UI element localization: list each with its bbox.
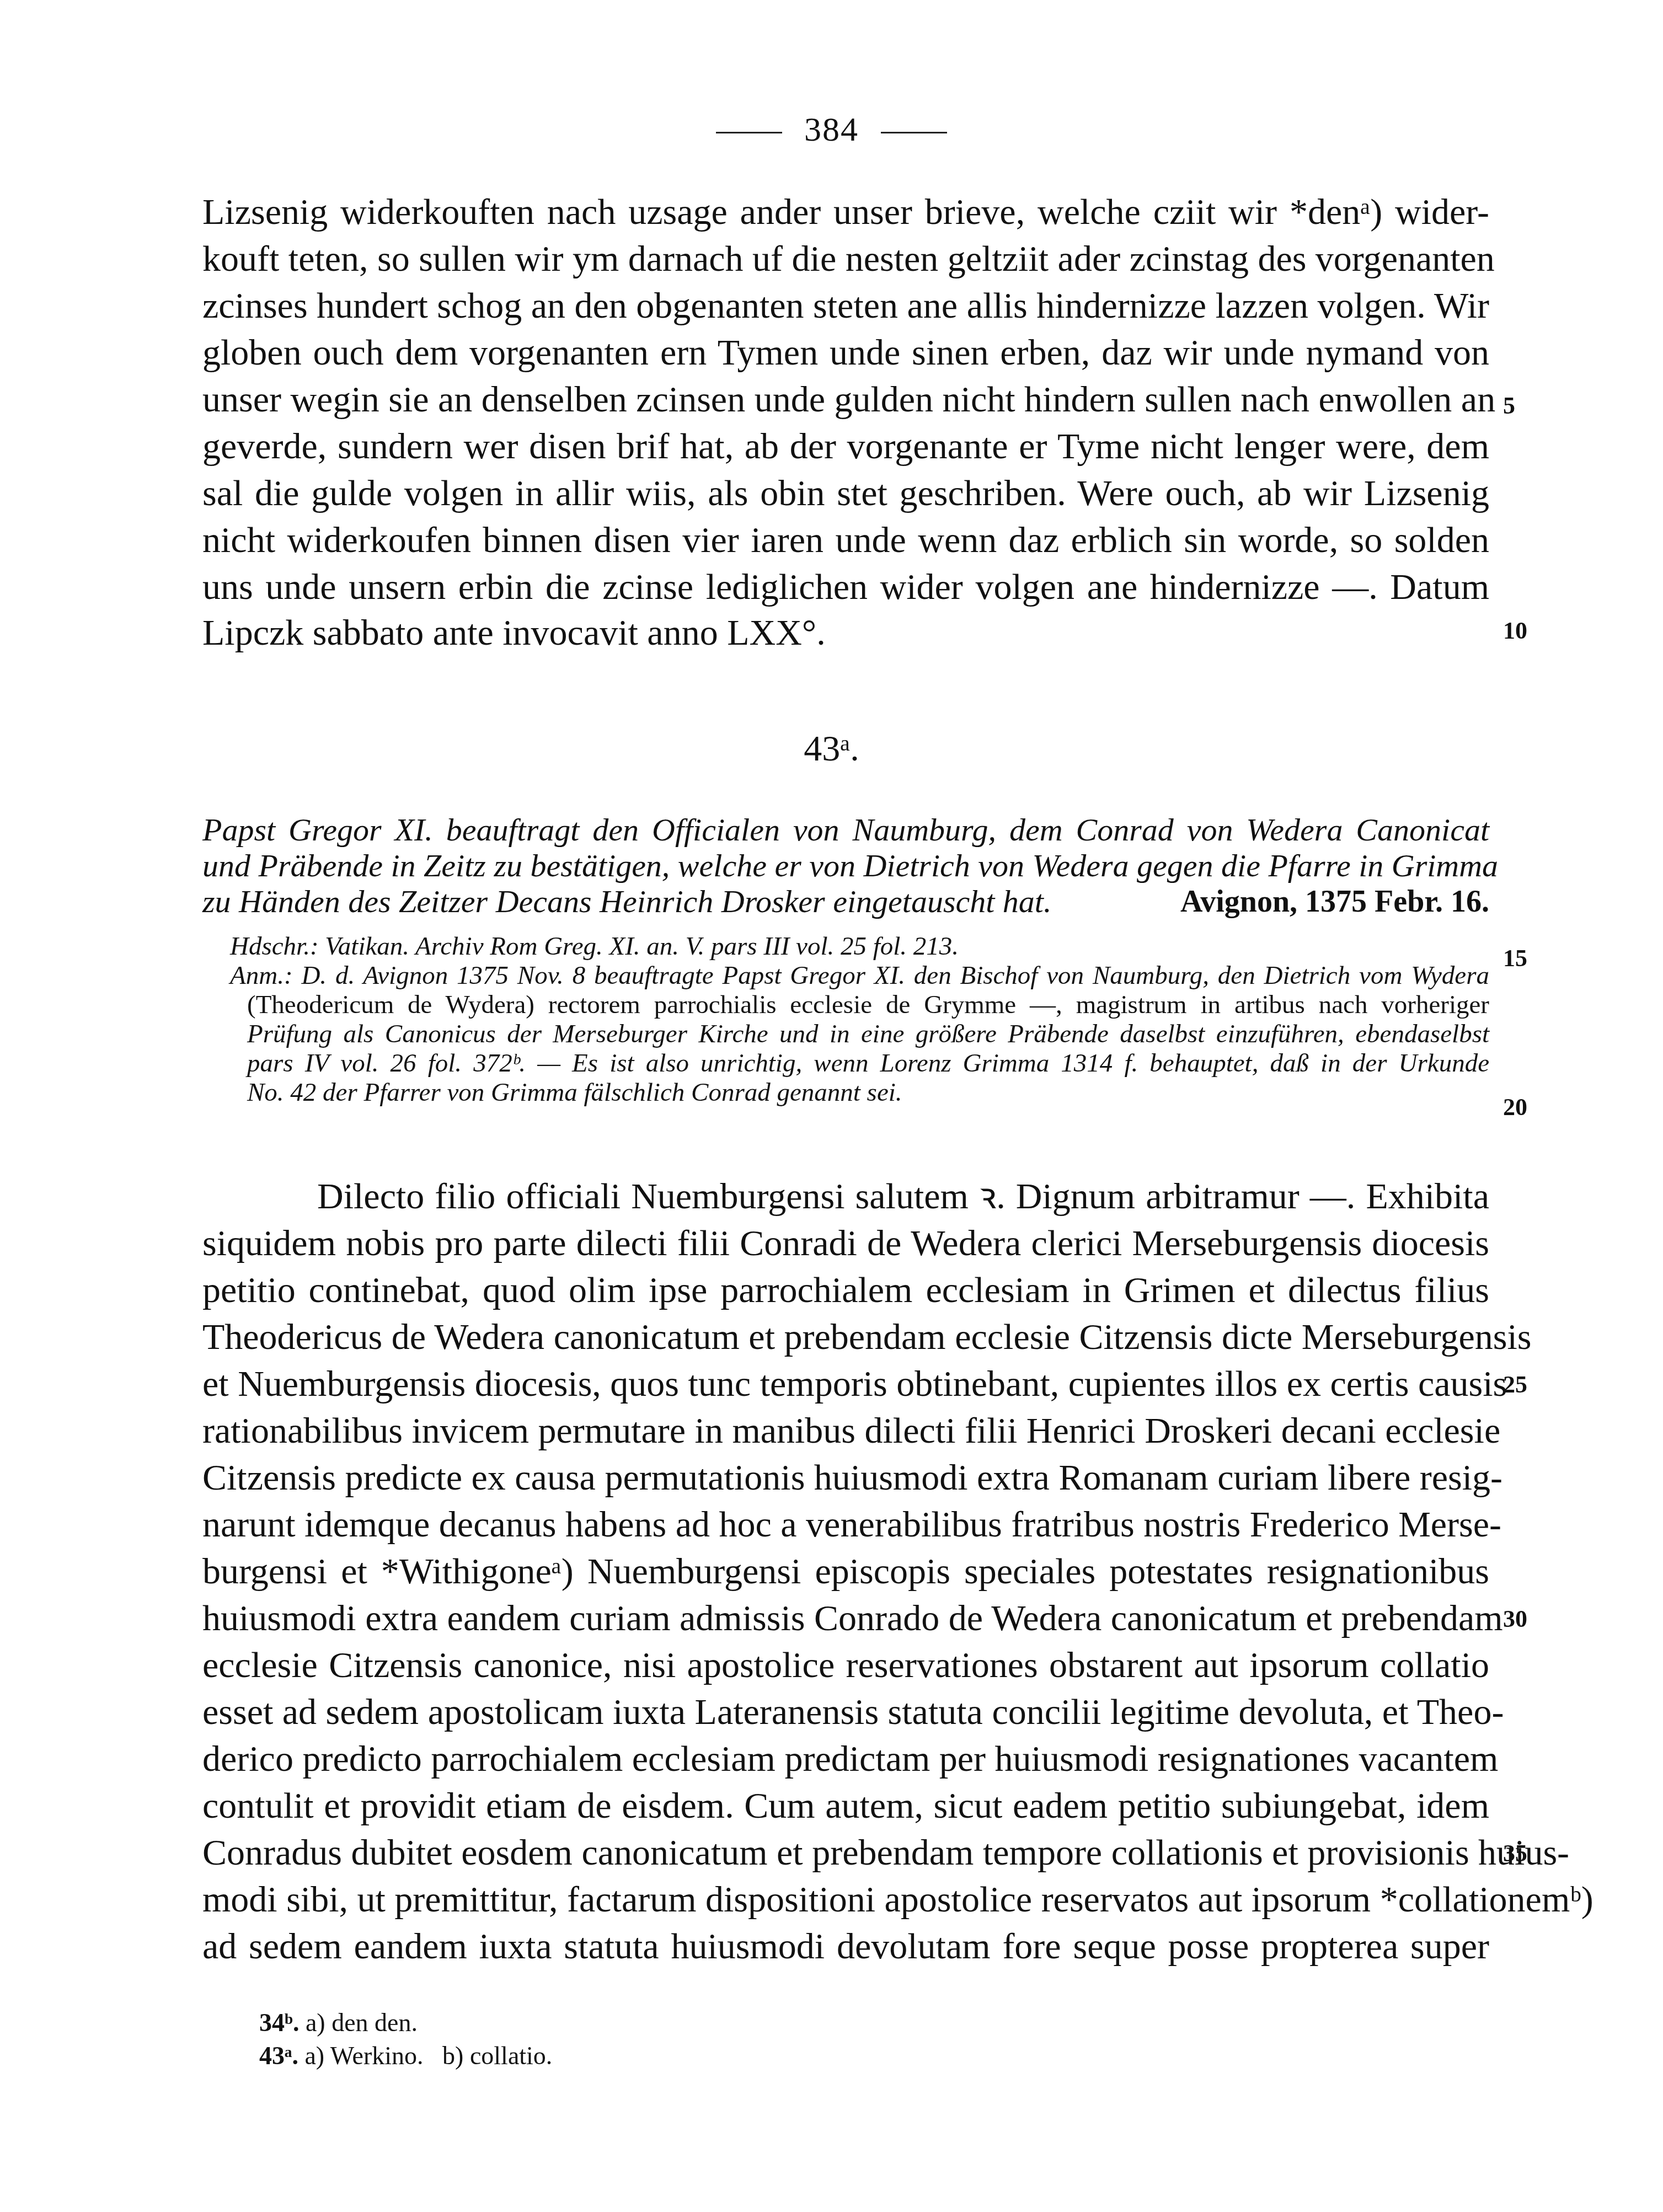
- body-line: et Nuemburgensis diocesis, quos tunc tem…: [202, 1362, 1489, 1406]
- body-line: burgensi et *Withigoneᵃ) Nuemburgensi ep…: [202, 1550, 1489, 1594]
- footnote-ref: 34ᵇ.: [259, 2009, 299, 2037]
- summary-line: zu Händen des Zeitzer Decans Heinrich Dr…: [202, 880, 1140, 924]
- body-line: contulit et providit etiam de eisdem. Cu…: [202, 1784, 1489, 1828]
- note-line: (Theodericum de Wydera) rectorem parroch…: [247, 990, 1489, 1019]
- text-line: globen ouch dem vorgenanten ern Tymen un…: [202, 331, 1489, 375]
- line-number: 25: [1503, 1370, 1527, 1399]
- body-line: modi sibi, ut premittitur, factarum disp…: [202, 1878, 1489, 1922]
- text-line: Lizsenig widerkouften nach uzsage ander …: [202, 190, 1489, 234]
- line-number: 20: [1503, 1093, 1527, 1121]
- text-line: zcinses hundert schog an den obgenanten …: [202, 284, 1489, 328]
- footnote-text: a) Werkino. b) collatio.: [304, 2042, 552, 2070]
- body-line: rationabilibus invicem permutare in mani…: [202, 1409, 1489, 1453]
- note-line: Anm.: D. d. Avignon 1375 Nov. 8 beauftra…: [230, 961, 1489, 990]
- body-line: Citzensis predicte ex causa permutationi…: [202, 1456, 1489, 1500]
- text-line: nicht widerkoufen binnen disen vier iare…: [202, 518, 1489, 563]
- body-line: Theodericus de Wedera canonicatum et pre…: [202, 1315, 1489, 1359]
- footnote: 43ᵃ. a) Werkino. b) collatio.: [259, 2040, 552, 2071]
- text-line: uns unde unsern erbin die zcinse ledigli…: [202, 565, 1489, 609]
- body-line: narunt idemque decanus habens ad hoc a v…: [202, 1503, 1489, 1547]
- line-number: 35: [1503, 1839, 1527, 1867]
- body-line: ecclesie Citzensis canonice, nisi aposto…: [202, 1643, 1489, 1688]
- text-line: Lipczk sabbato ante invocavit anno LXX°.: [202, 611, 1489, 655]
- line-number: 5: [1503, 392, 1515, 420]
- note-line: No. 42 der Pfarrer von Grimma fälschlich…: [247, 1078, 1489, 1107]
- footnote-text: a) den den.: [306, 2009, 418, 2037]
- body-line: siquidem nobis pro parte dilecti filii C…: [202, 1222, 1489, 1266]
- header-rule-left: [716, 132, 782, 133]
- line-number: 30: [1503, 1605, 1527, 1633]
- note-line: pars IV vol. 26 fol. 372ᵇ. — Es ist also…: [247, 1049, 1489, 1078]
- text-line: sal die gulde volgen in allir wiis, als …: [202, 472, 1489, 516]
- text-line: unser wegin sie an denselben zcinsen und…: [202, 378, 1489, 422]
- line-number: 10: [1503, 617, 1527, 645]
- body-line: derico predicto parrochialem ecclesiam p…: [202, 1737, 1489, 1781]
- footnote: 34ᵇ. a) den den.: [259, 2007, 418, 2038]
- body-line: Conradus dubitet eosdem canonicatum et p…: [202, 1831, 1489, 1875]
- footnote-ref: 43ᵃ.: [259, 2042, 298, 2070]
- header-rule-right: [881, 132, 947, 133]
- page-header: 384: [0, 110, 1663, 149]
- text-line: geverde, sundern wer disen brif hat, ab …: [202, 425, 1489, 469]
- body-line: ad sedem eandem iuxta statuta huiusmodi …: [202, 1925, 1489, 1969]
- body-line: petitio continebat, quod olim ipse parro…: [202, 1268, 1489, 1313]
- body-line: Dilecto filio officiali Nuemburgensi sal…: [317, 1175, 1489, 1219]
- entry-number: 43ᵃ.: [0, 728, 1663, 770]
- page-number: 384: [804, 111, 859, 148]
- note-line: Hdschr.: Vatikan. Archiv Rom Greg. XI. a…: [230, 932, 1489, 961]
- entry-date: Avignon, 1375 Febr. 16.: [1164, 880, 1489, 924]
- body-line: huiusmodi extra eandem curiam admissis C…: [202, 1597, 1489, 1641]
- note-line: Prüfung als Canonicus der Merseburger Ki…: [247, 1020, 1489, 1048]
- text-line: kouft teten, so sullen wir ym darnach uf…: [202, 237, 1489, 281]
- line-number: 15: [1503, 944, 1527, 972]
- body-line: esset ad sedem apostolicam iuxta Lateran…: [202, 1690, 1489, 1734]
